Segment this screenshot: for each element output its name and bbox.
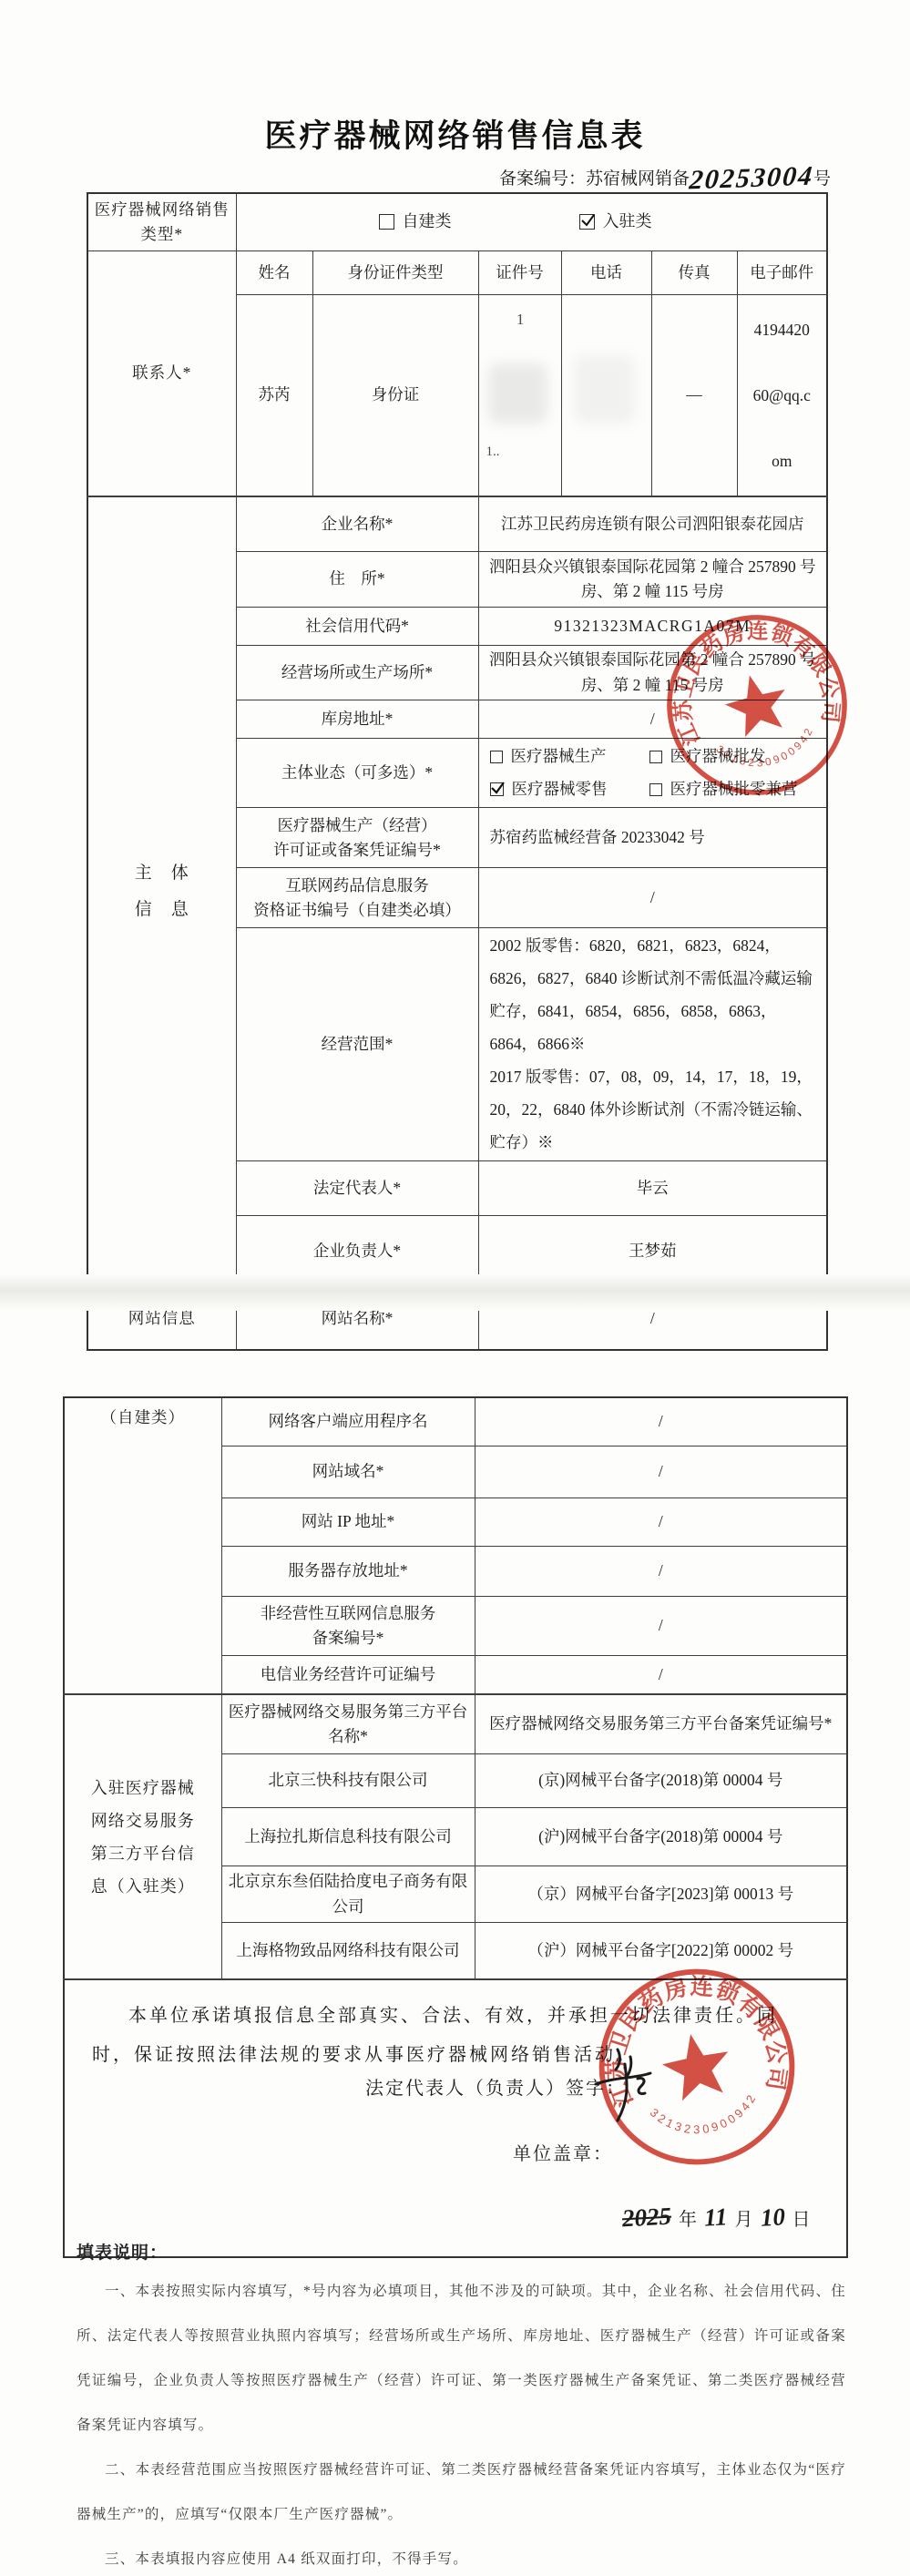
filing-prefix: 苏宿械网销备 bbox=[586, 169, 690, 189]
redaction-smudge bbox=[574, 355, 635, 424]
platform-row-name: 北京三快科技有限公司 bbox=[221, 1754, 475, 1808]
platform-row-cert: (沪)网械平台备字(2018)第 00004 号 bbox=[475, 1808, 847, 1866]
checkbox-self-built-icon bbox=[379, 214, 394, 230]
date-year-handwritten: 2025 bbox=[621, 2198, 672, 2239]
business-scope-label: 经营范围* bbox=[236, 928, 478, 1161]
filing-label: 备案编号： bbox=[499, 169, 586, 189]
contact-header-phone: 电话 bbox=[561, 251, 651, 295]
warehouse-label: 库房地址* bbox=[236, 700, 478, 739]
icp-filing-value: / bbox=[475, 1597, 847, 1656]
ip-label: 网站 IP 地址* bbox=[221, 1498, 475, 1547]
contact-phone-redacted bbox=[561, 295, 651, 497]
platform-entry-category: 入驻医疗器械网络交易服务第三方平台信息（入驻类） bbox=[64, 1694, 221, 1979]
id-number-fragment-2: 1.. bbox=[486, 442, 500, 463]
business-type-label: 主体业态（可多选）* bbox=[236, 739, 478, 808]
platform-row-cert: （京）网械平台备字[2023]第 00013 号 bbox=[475, 1866, 847, 1923]
option-device-retail-label: 医疗器械零售 bbox=[512, 777, 608, 802]
contact-email: 4194420 60@qq.c om bbox=[737, 295, 827, 497]
contact-id-type: 身份证 bbox=[312, 295, 478, 497]
scanned-form-page: 医疗器械网络销售信息表 备案编号：苏宿械网销备20253004号 医疗器械网络销… bbox=[0, 0, 910, 2576]
sales-type-options: 自建类 入驻类 bbox=[236, 193, 827, 251]
contact-header-name: 姓名 bbox=[236, 251, 312, 295]
platform-row-name: 北京京东叁佰陆拾度电子商务有限公司 bbox=[221, 1866, 475, 1923]
self-built-category: （自建类） bbox=[64, 1397, 221, 1694]
client-app-label: 网络客户端应用程序名 bbox=[221, 1397, 475, 1446]
contact-name: 苏芮 bbox=[236, 295, 312, 497]
date-day-handwritten: 10 bbox=[759, 2198, 785, 2237]
server-address-value: / bbox=[475, 1547, 847, 1597]
filing-suffix: 号 bbox=[813, 169, 831, 189]
platform-row-name: 上海格物致品网络科技有限公司 bbox=[221, 1923, 475, 1980]
note-item-2: 二、本表经营范围应当按照医疗器械经营许可证、第二类医疗器械经营备案凭证内容填写，… bbox=[77, 2448, 846, 2537]
seal-label: 单位盖章： bbox=[513, 2141, 613, 2169]
company-name-value: 江苏卫民药房连锁有限公司泗阳银泰花园店 bbox=[478, 496, 827, 552]
platform-cert-header: 医疗器械网络交易服务第三方平台备案凭证编号* bbox=[475, 1694, 847, 1754]
legal-rep-label: 法定代表人* bbox=[236, 1161, 478, 1216]
telecom-license-label: 电信业务经营许可证编号 bbox=[221, 1656, 475, 1695]
seal-star-icon bbox=[720, 668, 793, 740]
domain-value: / bbox=[475, 1446, 847, 1498]
date-line: 2025年11月10日 bbox=[622, 2199, 818, 2237]
signature-label: 法定代表人（负责人）签字： bbox=[365, 2075, 626, 2103]
date-month-handwritten: 11 bbox=[703, 2198, 729, 2237]
platform-row-name: 上海拉扎斯信息科技有限公司 bbox=[221, 1808, 475, 1866]
checkbox-platform-entry-icon bbox=[579, 214, 595, 230]
premises-label: 经营场所或生产场所* bbox=[236, 646, 478, 700]
internet-cert-label: 互联网药品信息服务 资格证书编号（自建类必填） bbox=[236, 868, 478, 928]
checkbox-device-wholesale-icon bbox=[649, 751, 662, 763]
option-platform-entry-label: 入驻类 bbox=[603, 210, 652, 235]
option-device-production-label: 医疗器械生产 bbox=[511, 744, 607, 769]
note-item-3: 三、本表填报内容应使用 A4 纸双面打印，不得手写。 bbox=[77, 2537, 846, 2576]
ip-value: / bbox=[475, 1498, 847, 1547]
company-name-label: 企业名称* bbox=[236, 496, 478, 552]
platform-name-header: 医疗器械网络交易服务第三方平台名称* bbox=[221, 1694, 475, 1754]
sales-type-label: 医疗器械网络销售类型* bbox=[87, 193, 236, 251]
contact-id-number-redacted: 1 1.. bbox=[478, 295, 561, 497]
form-title: 医疗器械网络销售信息表 bbox=[0, 111, 910, 157]
note-item-1: 一、本表按照实际内容填写，*号内容为必填项目，其他不涉及的可缺项。其中，企业名称… bbox=[77, 2269, 846, 2448]
platform-row-cert: (京)网械平台备字(2018)第 00004 号 bbox=[475, 1754, 847, 1808]
filing-number-handwritten: 20253004 bbox=[688, 161, 814, 197]
domain-label: 网站域名* bbox=[221, 1446, 475, 1498]
date-year-unit: 年 bbox=[679, 2210, 697, 2230]
client-app-value: / bbox=[475, 1397, 847, 1446]
id-number-fragment: 1 bbox=[516, 308, 525, 332]
filing-number-line: 备案编号：苏宿械网销备20253004号 bbox=[499, 160, 864, 191]
license-number-value: 苏宿药监械经营备 20233042 号 bbox=[478, 808, 827, 868]
subject-info-category: 主 体 信 息 bbox=[87, 496, 236, 1287]
legal-rep-signature-icon bbox=[590, 2037, 692, 2128]
internet-cert-value: / bbox=[478, 868, 827, 928]
legal-rep-value: 毕云 bbox=[478, 1161, 827, 1216]
contact-header-email: 电子邮件 bbox=[737, 251, 827, 295]
contact-fax: — bbox=[651, 295, 737, 497]
option-device-retail: 医疗器械零售 bbox=[490, 777, 608, 802]
credit-code-label: 社会信用代码* bbox=[236, 608, 478, 646]
option-self-built: 自建类 bbox=[379, 210, 452, 235]
checkbox-device-retail-icon bbox=[490, 782, 504, 796]
telecom-license-value: / bbox=[475, 1656, 847, 1695]
redaction-smudge bbox=[488, 363, 547, 424]
address-label: 住 所* bbox=[236, 552, 478, 608]
checkbox-device-production-icon bbox=[490, 751, 503, 763]
date-month-unit: 月 bbox=[735, 2210, 753, 2230]
date-day-unit: 日 bbox=[792, 2210, 811, 2230]
option-device-production: 医疗器械生产 bbox=[490, 744, 607, 769]
contact-header-idno: 证件号 bbox=[478, 251, 561, 295]
business-scope-value: 2002 版零售：6820，6821，6823，6824，6826，6827，6… bbox=[478, 928, 827, 1161]
contact-category: 联系人* bbox=[87, 251, 236, 497]
license-number-label: 医疗器械生产（经营） 许可证或备案凭证编号* bbox=[236, 808, 478, 868]
page-seam bbox=[0, 1274, 910, 1311]
filling-instructions: 填表说明： 一、本表按照实际内容填写，*号内容为必填项目，其他不涉及的可缺项。其… bbox=[77, 2239, 846, 2576]
contact-header-idtype: 身份证件类型 bbox=[312, 251, 478, 295]
icp-filing-label: 非经营性互联网信息服务备案编号* bbox=[221, 1597, 475, 1656]
option-platform-entry: 入驻类 bbox=[579, 210, 652, 235]
contact-header-fax: 传真 bbox=[651, 251, 737, 295]
seal-code-text: 3213230900942 bbox=[711, 720, 821, 780]
option-self-built-label: 自建类 bbox=[403, 210, 452, 235]
address-value: 泗阳县众兴镇银泰国际花园第 2 幢合 257890 号房、第 2 幢 115 号… bbox=[478, 552, 827, 608]
notes-heading: 填表说明： bbox=[77, 2239, 846, 2264]
svg-text:3213230900942: 3213230900942 bbox=[711, 720, 821, 780]
checkbox-device-mixed-icon bbox=[649, 783, 662, 796]
server-address-label: 服务器存放地址* bbox=[221, 1547, 475, 1597]
